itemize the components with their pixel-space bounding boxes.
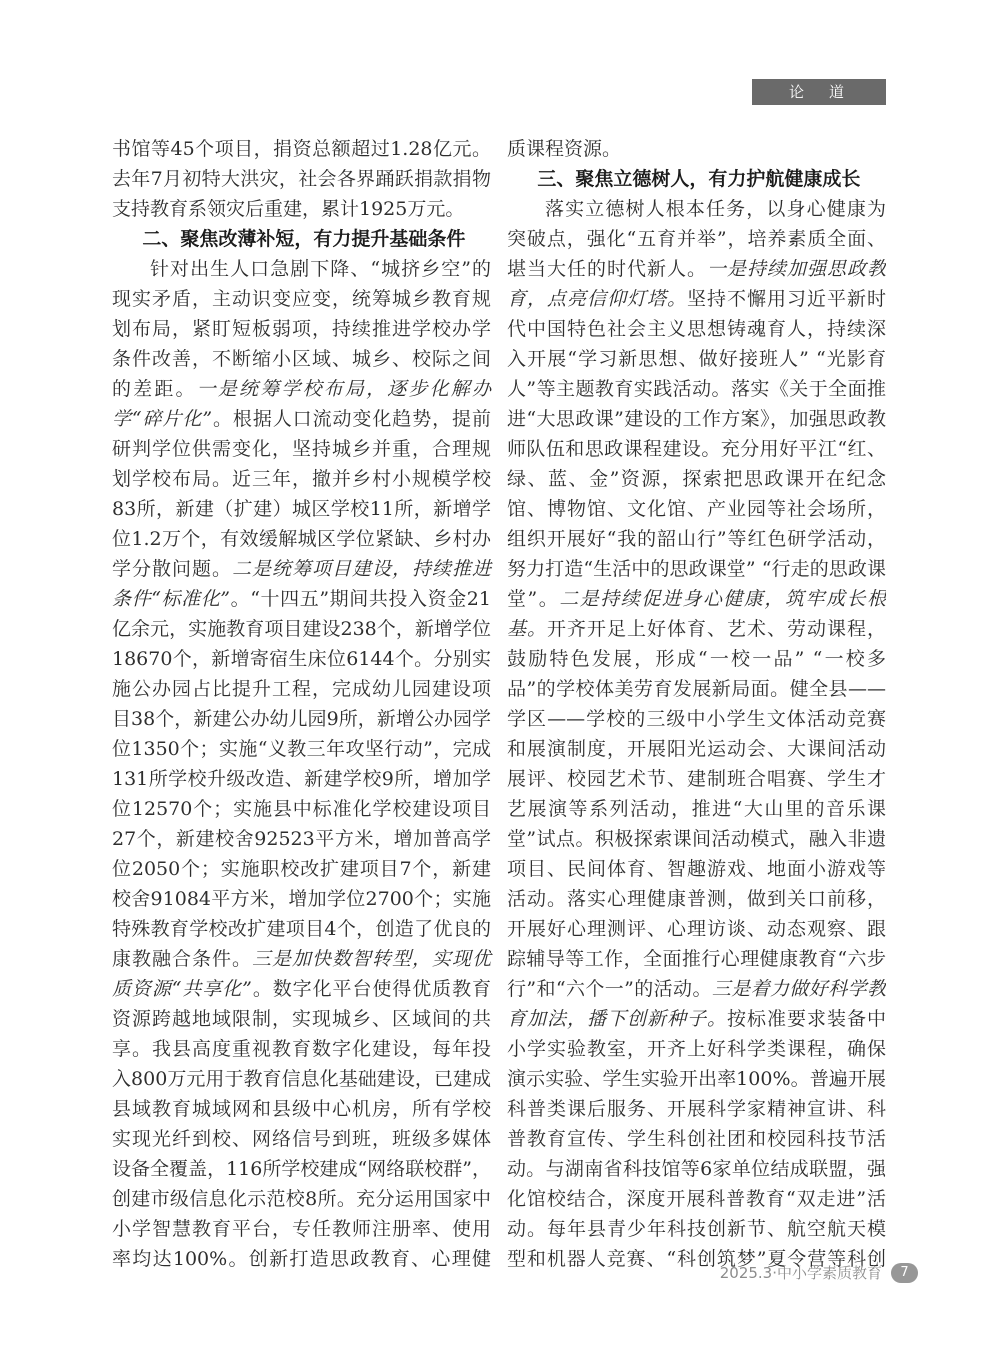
paragraph: 针对出生人口急剧下降、“城挤乡空”的现实矛盾，主动识变应变，统筹城乡教育规划布局…	[112, 254, 491, 1276]
text-run: 坚持不懈用习近平新时代中国特色社会主义思想铸魂育人，持续深入开展“学习新思想、做…	[507, 288, 886, 610]
page-number-badge: 7	[891, 1263, 918, 1283]
text-run: 。数字化平台使得优质教育资源跨越地域限制，实现城乡、区域间的共享。我县高度重视教…	[112, 978, 491, 1276]
page-footer: 2025.3·中小学素质教育 7	[720, 1262, 918, 1284]
journal-title: 2025.3·中小学素质教育	[720, 1262, 882, 1284]
text-run: 按标准要求装备中小学实验教室，开齐上好科学类课程，确保演示实验、学生实验开出率1…	[507, 1008, 886, 1276]
text-run: 质课程资源。	[507, 138, 621, 160]
text-run: 二、聚焦改薄补短，有力提升基础条件	[142, 228, 465, 250]
paragraph: 落实立德树人根本任务，以身心健康为突破点，强化“五育并举”，培养素质全面、堪当大…	[507, 194, 886, 1276]
paragraph-continuation: 质课程资源。	[507, 134, 886, 164]
text-run: 三、聚焦立德树人，有力护航健康成长	[537, 168, 860, 190]
text-run: 。“十四五”期间共投入资金21亿余元，实施教育项目建设238个，新增学位1867…	[112, 588, 491, 970]
text-run: 。根据人口流动变化趋势，提前研判学位供需变化，坚持城乡并重，合理规划学校布局。近…	[112, 408, 491, 580]
magazine-page: 论 道 书馆等45个项目，捐资总额超过1.28亿元。去年7月初特大洪灾，社会各界…	[0, 0, 992, 1346]
section-heading: 二、聚焦改薄补短，有力提升基础条件	[112, 224, 491, 254]
paragraph-continuation: 书馆等45个项目，捐资总额超过1.28亿元。去年7月初特大洪灾，社会各界踊跃捐款…	[112, 134, 491, 224]
article-body: 书馆等45个项目，捐资总额超过1.28亿元。去年7月初特大洪灾，社会各界踊跃捐款…	[112, 134, 886, 1276]
column-left: 书馆等45个项目，捐资总额超过1.28亿元。去年7月初特大洪灾，社会各界踊跃捐款…	[112, 134, 491, 1276]
column-right: 质课程资源。三、聚焦立德树人，有力护航健康成长落实立德树人根本任务，以身心健康为…	[507, 134, 886, 1276]
text-run: 书馆等45个项目，捐资总额超过1.28亿元。去年7月初特大洪灾，社会各界踊跃捐款…	[112, 138, 491, 220]
section-heading: 三、聚焦立德树人，有力护航健康成长	[507, 164, 886, 194]
section-badge: 论 道	[752, 79, 886, 105]
text-run: 开齐开足上好体育、艺术、劳动课程，鼓励特色发展，形成“一校一品” “一校多品”的…	[507, 618, 886, 1000]
